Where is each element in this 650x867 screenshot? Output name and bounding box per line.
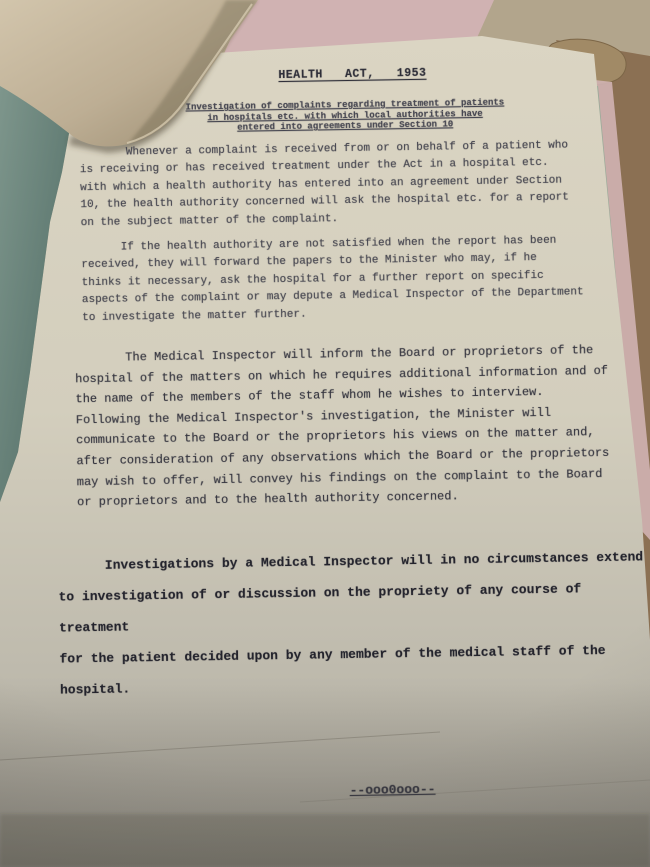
typewritten-text-layer: HEALTH ACT, 1953 Investigation of compla… bbox=[0, 0, 650, 867]
end-mark: --ooo0ooo-- bbox=[350, 782, 436, 798]
document-photo: HEALTH ACT, 1953 Investigation of compla… bbox=[0, 0, 650, 867]
paragraph-1: Whenever a complaint is received from or… bbox=[79, 138, 569, 233]
document-subtitle: Investigation of complaints regarding tr… bbox=[177, 97, 513, 134]
paragraph-2: If the health authority are not satisfie… bbox=[81, 232, 584, 327]
document-title: HEALTH ACT, 1953 bbox=[278, 67, 426, 82]
paragraph-3: The Medical Inspector will inform the Bo… bbox=[75, 340, 610, 513]
paragraph-4: Investigations by a Medical Inspector wi… bbox=[58, 541, 650, 705]
